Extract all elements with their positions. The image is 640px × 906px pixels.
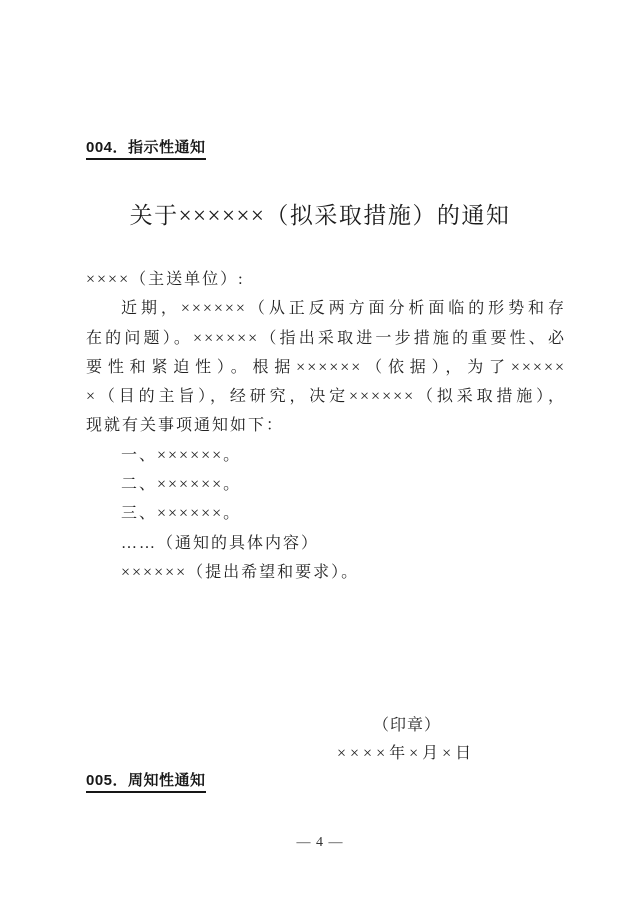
list-item-2: 二、××××××。 <box>86 470 566 499</box>
section-heading-005: 005．周知性通知 <box>86 769 206 790</box>
section-heading-005-text: 005．周知性通知 <box>86 772 206 793</box>
paragraph-line-1: 近期，××××××（从正反两方面分析面临的形势和存 <box>86 294 566 323</box>
list-item-3: 三、××××××。 <box>86 499 566 528</box>
list-item-1: 一、××××××。 <box>86 441 566 470</box>
document-page: 004．指示性通知 关于××××××（拟采取措施）的通知 ××××（主送单位）:… <box>0 0 640 906</box>
salutation-line: ××××（主送单位）: <box>86 265 566 294</box>
page-number: — 4 — <box>0 835 640 851</box>
paragraph-line-2: 在的问题）。××××××（指出采取进一步措施的重要性、必 <box>86 324 566 353</box>
section-heading-004: 004．指示性通知 <box>86 136 206 157</box>
ellipsis-content-line: ……（通知的具体内容） <box>86 529 566 558</box>
date-line: ××××年×月×日 <box>337 740 475 763</box>
paragraph-line-3: 要性和紧迫性）。根据××××××（依据），为了××××× <box>86 353 566 382</box>
paragraph-line-5: 现就有关事项通知如下： <box>86 411 566 440</box>
notice-title: 关于××××××（拟采取措施）的通知 <box>0 197 640 230</box>
section-heading-004-text: 004．指示性通知 <box>86 139 206 160</box>
seal-placeholder: （印章） <box>373 712 441 735</box>
closing-request-line: ××××××（提出希望和要求）。 <box>86 558 566 587</box>
paragraph-line-4: ×（目的主旨），经研究，决定××××××（拟采取措施）， <box>86 382 566 411</box>
notice-body: ××××（主送单位）: 近期，××××××（从正反两方面分析面临的形势和存 在的… <box>86 265 566 587</box>
